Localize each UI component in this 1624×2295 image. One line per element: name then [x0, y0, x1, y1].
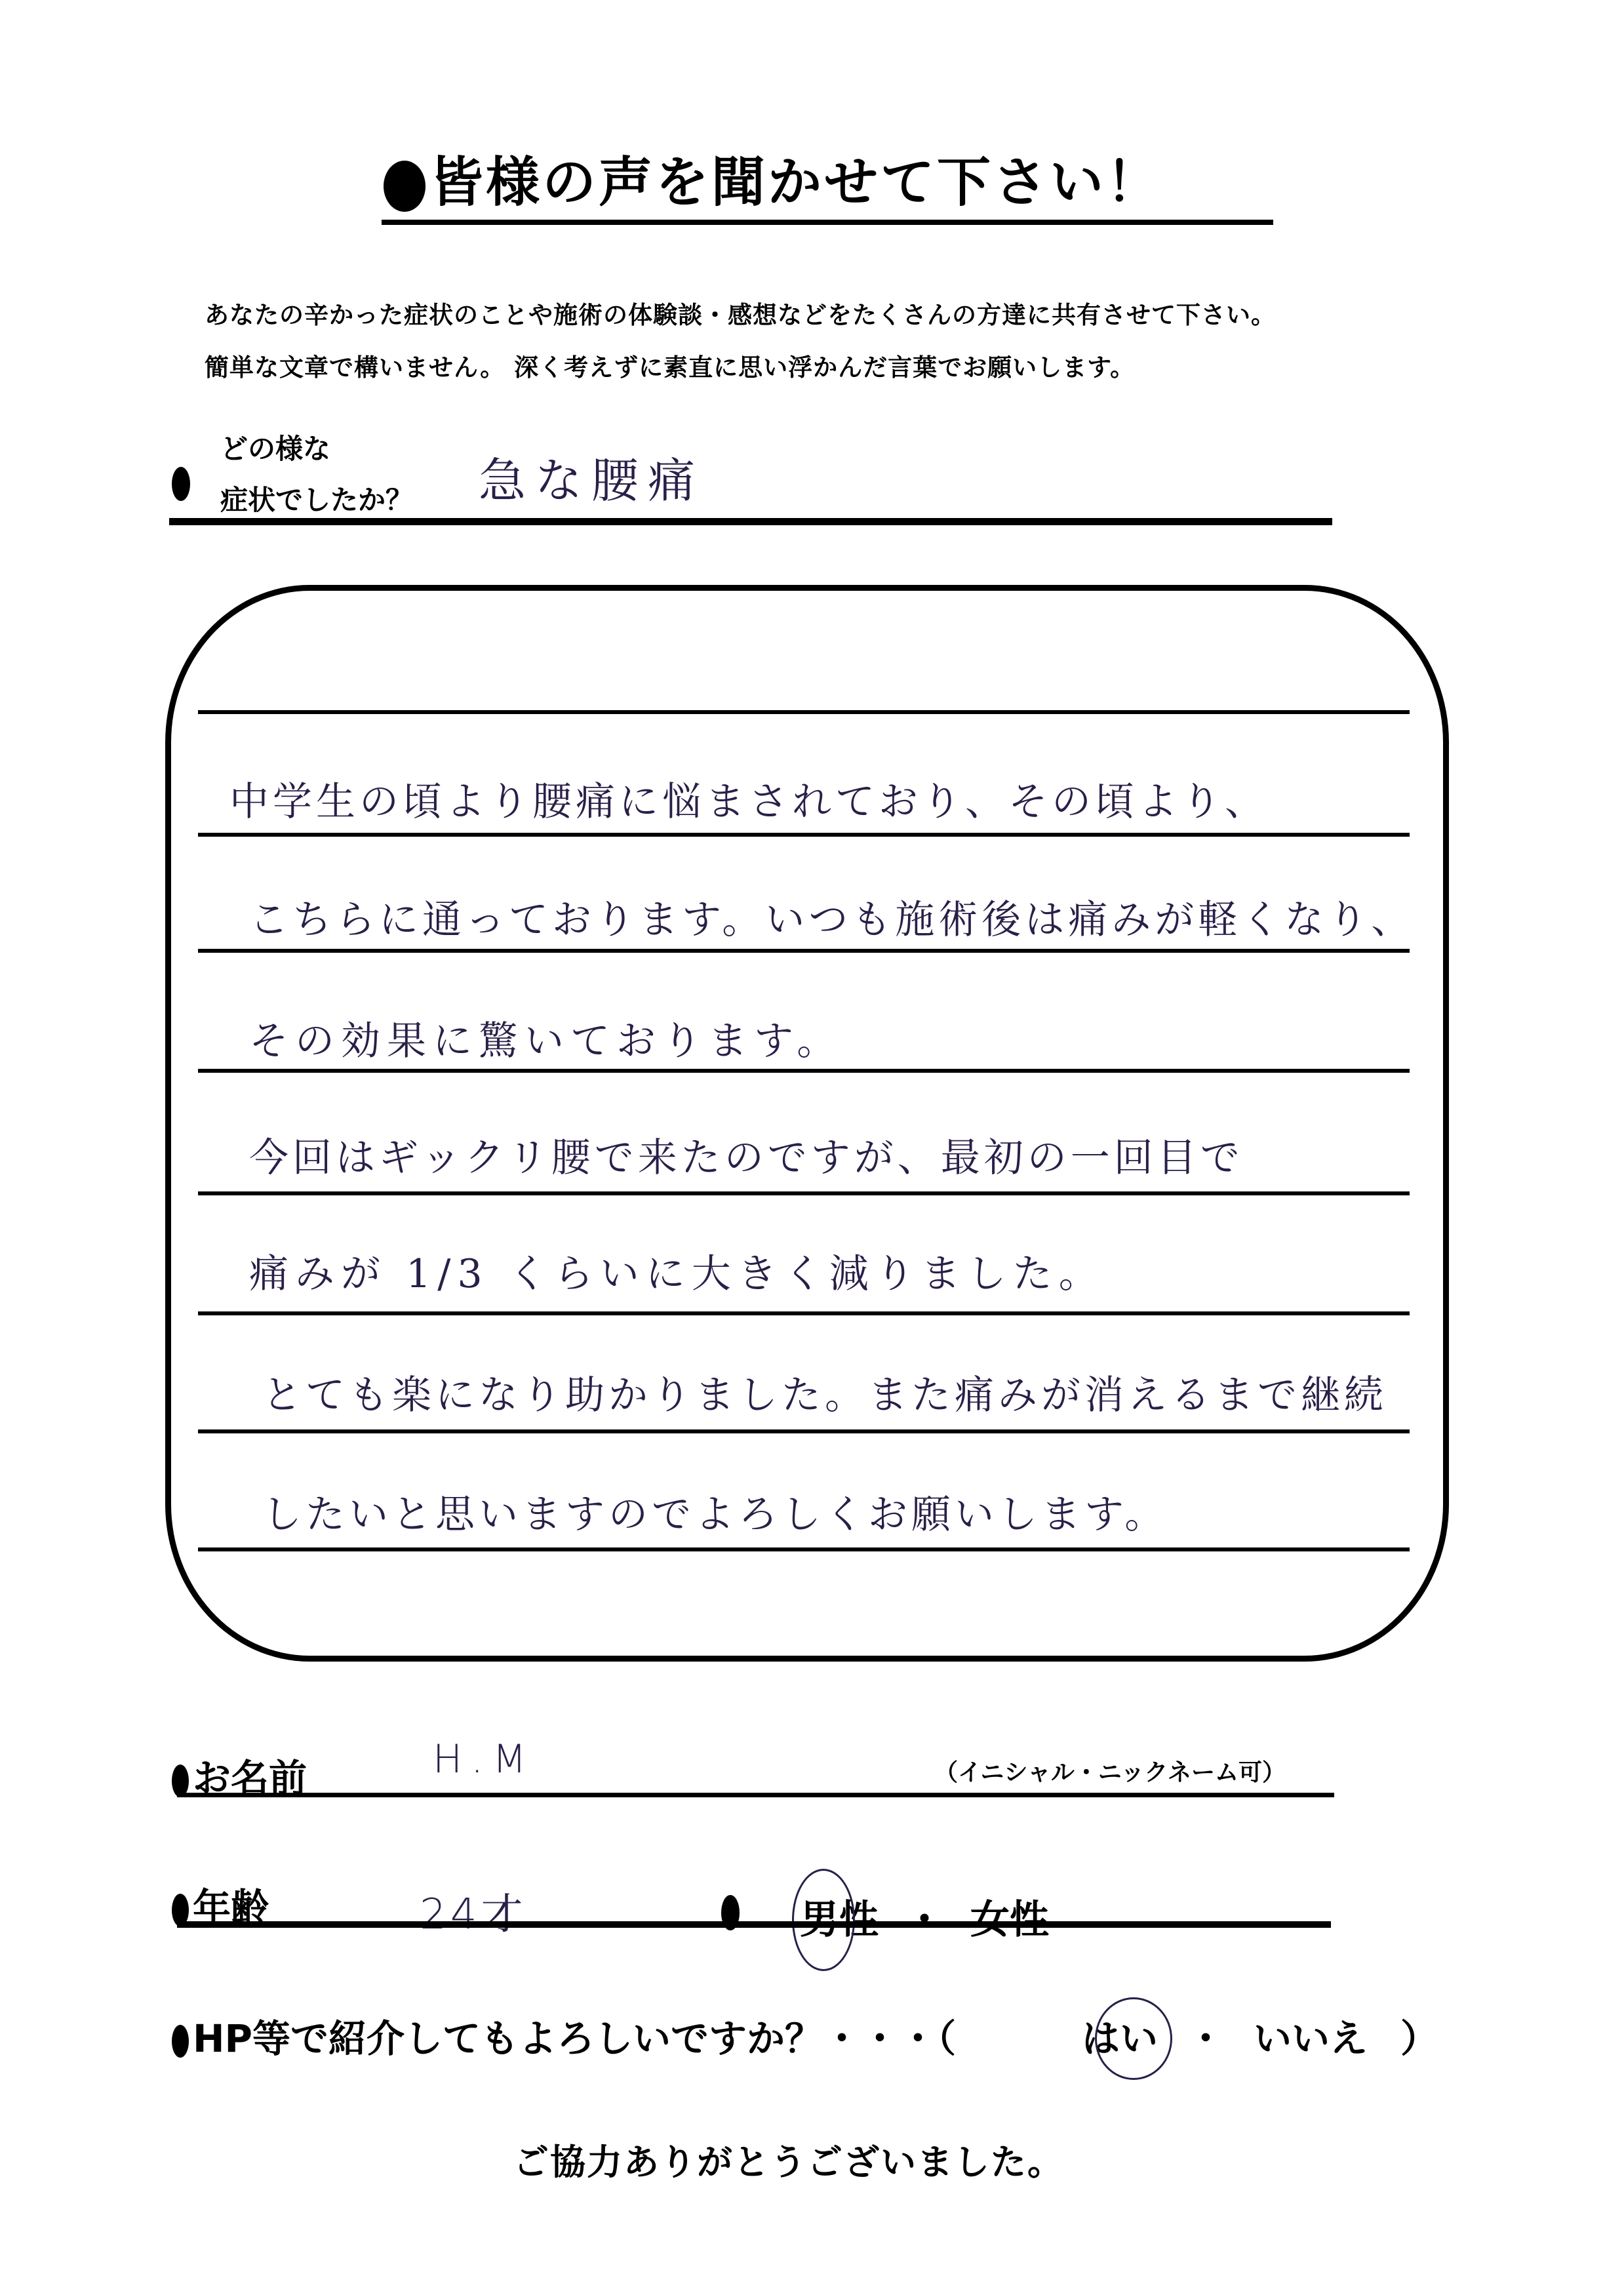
ruled-line [198, 1547, 1410, 1551]
symptom-label-line2: 症状でしたか？ [220, 479, 413, 518]
testimonial-line-7[interactable]: したいと思いますのでよろしくお願いします。 [262, 1483, 1168, 1540]
testimonial-line-1[interactable]: 中学生の頃より腰痛に悩まされており、その頃より、 [229, 770, 1268, 827]
bullet-icon [172, 2025, 189, 2058]
symptom-field[interactable]: 急な腰痛 [479, 443, 704, 511]
thanks-message: ご協力ありがとうございました。 [513, 2134, 1064, 2185]
age-underline [177, 1921, 1331, 1928]
bullet-icon [172, 467, 190, 501]
form-title-text: 皆様の声を聞かせて下さい！ [429, 151, 1162, 214]
form-title: 皆様の声を聞かせて下さい！ [384, 156, 1162, 212]
name-note: （イニシャル・ニックネーム可） [934, 1754, 1286, 1787]
ruled-line [198, 949, 1410, 953]
testimonial-line-4[interactable]: 今回はギックリ腰で来たのですが、最初の一回目で [249, 1127, 1244, 1183]
symptom-underline [169, 518, 1332, 525]
gender-option-female[interactable]: 女性 [970, 1897, 1049, 1943]
hp-permission-question: HP等で紹介してもよろしいですか？・・・（ [172, 2008, 956, 2063]
separator: ・ [905, 1897, 944, 1943]
title-underline [382, 220, 1273, 225]
close-paren: ） [1400, 2016, 1438, 2061]
name-field[interactable]: H.M [433, 1736, 536, 1782]
intro-line-2: 簡単な文章で構いません。 深く考えずに素直に思い浮かんだ言葉でお願いします。 [205, 348, 1135, 383]
ruled-line [198, 1069, 1410, 1073]
intro-line-1: あなたの辛かった症状のことや施術の体験談・感想などをたくさんの方達に共有させて下… [205, 295, 1276, 330]
bullet-icon [384, 161, 426, 212]
selection-circle-icon [792, 1869, 855, 1971]
symptom-label-line1: どの様な [220, 428, 330, 467]
ruled-line [198, 1311, 1410, 1315]
name-underline [177, 1793, 1334, 1797]
age-field[interactable]: 24才 [420, 1881, 526, 1941]
hp-option-no[interactable]: いいえ [1254, 2016, 1368, 2061]
testimonial-line-5[interactable]: 痛みが 1/3 くらいに大きく減りました。 [249, 1243, 1105, 1299]
testimonial-line-2[interactable]: こちらに通っております。いつも施術後は痛みが軽くなり、 [249, 888, 1414, 945]
testimonial-line-6[interactable]: とても楽になり助かりました。また痛みが消えるまで継続 [262, 1364, 1387, 1420]
ruled-line [198, 1429, 1410, 1433]
ruled-line [198, 833, 1410, 837]
separator: ・ [1187, 2016, 1225, 2061]
selection-circle-icon [1095, 1997, 1172, 2080]
ruled-line [198, 710, 1410, 714]
testimonial-line-3[interactable]: その効果に驚いております。 [249, 1010, 842, 1066]
ruled-line [198, 1191, 1410, 1195]
